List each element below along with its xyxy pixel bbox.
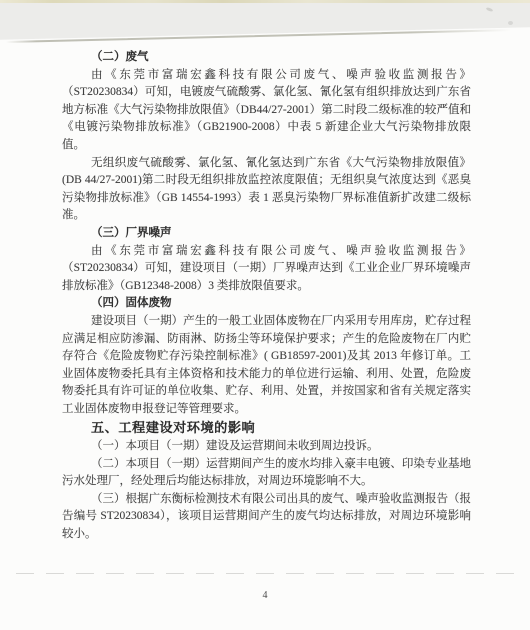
scanned-document-page: （二）废气 由《东莞市富瑞宏鑫科技有限公司废气、噪声验收监测报告》（ST2023… [0, 0, 530, 630]
para-waste-gas-organized: 由《东莞市富瑞宏鑫科技有限公司废气、噪声验收监测报告》（ST20230834）可… [62, 67, 471, 155]
heading-waste-gas: （二）废气 [62, 49, 471, 67]
para-boundary-noise: 由《东莞市富瑞宏鑫科技有限公司废气、噪声验收监测报告》（ST20230834）可… [62, 243, 471, 296]
scan-footer-rule [16, 573, 514, 574]
document-body: （二）废气 由《东莞市富瑞宏鑫科技有限公司废气、噪声验收监测报告》（ST2023… [62, 49, 471, 544]
section-heading-environmental-impact: 五、工程建设对环境的影响 [62, 418, 471, 438]
para-impact-wastewater: （二）本项目（一期）运营期间产生的废水均排入豪丰电镀、印染专业基地污水处理厂，经… [62, 456, 471, 491]
heading-boundary-noise: （三）厂界噪声 [62, 225, 471, 243]
para-impact-waste-gas: （三）根据广东衡标检测技术有限公司出具的废气、噪声验收监测报告（报告编号 ST2… [62, 491, 471, 544]
para-waste-gas-unorganized: 无组织废气硫酸雾、氯化氢、氰化氢达到广东省《大气污染物排放限值》(DB 44/2… [62, 155, 471, 225]
heading-solid-waste: （四）固体废物 [62, 295, 471, 313]
para-solid-waste: 建设项目（一期）产生的一般工业固体废物在厂内采用专用库房，贮存过程应满足相应防渗… [62, 313, 471, 419]
page-number: 4 [0, 590, 530, 601]
scan-top-edge-strip [0, 0, 530, 3]
para-impact-no-complaints: （一）本项目（一期）建设及运营期间未收到周边投诉。 [62, 438, 471, 456]
scan-speck [508, 21, 513, 25]
